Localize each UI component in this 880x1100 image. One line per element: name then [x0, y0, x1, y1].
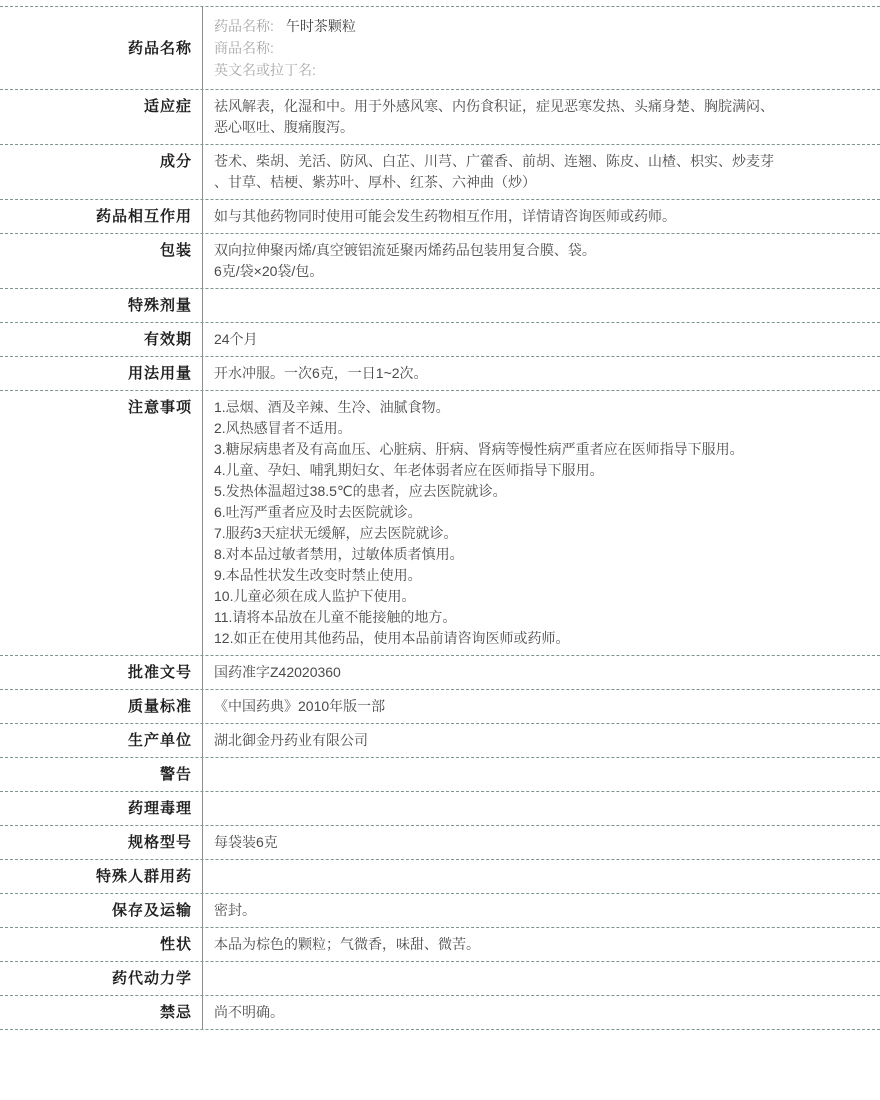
content-line: 苍术、柴胡、羌活、防风、白芷、川芎、广藿香、前胡、连翘、陈皮、山楂、枳实、炒麦芽: [214, 151, 866, 172]
content-line: 12.如正在使用其他药品，使用本品前请咨询医师或药师。: [214, 628, 866, 649]
content-line: 密封。: [214, 900, 866, 921]
content-line: 6.吐泻严重者应及时去医院就诊。: [214, 502, 866, 523]
content-line: 8.对本品过敏者禁用，过敏体质者慎用。: [214, 544, 866, 565]
table-row: 用法用量开水冲服。一次6克，一日1~2次。: [0, 357, 880, 391]
content-line: 开水冲服。一次6克，一日1~2次。: [214, 363, 866, 384]
row-content: [203, 860, 880, 893]
field-key: 英文名或拉丁名:: [214, 62, 316, 78]
content-line: 4.儿童、孕妇、哺乳期妇女、年老体弱者应在医师指导下服用。: [214, 460, 866, 481]
table-row: 注意事项1.忌烟、酒及辛辣、生冷、油腻食物。2.风热感冒者不适用。3.糖尿病患者…: [0, 391, 880, 656]
row-label: 药品相互作用: [0, 200, 203, 233]
row-label: 药理毒理: [0, 792, 203, 825]
row-label: 特殊剂量: [0, 289, 203, 322]
row-content: 双向拉伸聚丙烯/真空镀铝流延聚丙烯药品包装用复合膜、袋。6克/袋×20袋/包。: [203, 234, 880, 288]
table-row: 特殊人群用药: [0, 860, 880, 894]
field-key: 商品名称:: [214, 40, 274, 56]
table-row: 批准文号国药准字Z42020360: [0, 656, 880, 690]
row-label: 规格型号: [0, 826, 203, 859]
row-content: 密封。: [203, 894, 880, 927]
table-row: 药品相互作用如与其他药物同时使用可能会发生药物相互作用，详情请咨询医师或药师。: [0, 200, 880, 234]
field-value: 午时茶颗粒: [286, 18, 356, 34]
content-line: 9.本品性状发生改变时禁止使用。: [214, 565, 866, 586]
content-line: 7.服药3天症状无缓解，应去医院就诊。: [214, 523, 866, 544]
content-line: 《中国药典》2010年版一部: [214, 696, 866, 717]
row-label: 适应症: [0, 90, 203, 144]
row-label: 生产单位: [0, 724, 203, 757]
row-content: 药品名称:午时茶颗粒商品名称:英文名或拉丁名:: [203, 7, 880, 89]
name-field-line: 英文名或拉丁名:: [214, 59, 866, 81]
table-row: 药理毒理: [0, 792, 880, 826]
table-row: 药品名称药品名称:午时茶颗粒商品名称:英文名或拉丁名:: [0, 7, 880, 90]
row-label: 性状: [0, 928, 203, 961]
content-line: 10.儿童必须在成人监护下使用。: [214, 586, 866, 607]
table-row: 适应症祛风解表，化湿和中。用于外感风寒、内伤食积证，症见恶寒发热、头痛身楚、胸脘…: [0, 90, 880, 145]
row-content: 国药准字Z42020360: [203, 656, 880, 689]
row-content: 祛风解表，化湿和中。用于外感风寒、内伤食积证，症见恶寒发热、头痛身楚、胸脘满闷、…: [203, 90, 880, 144]
row-content: 本品为棕色的颗粒；气微香，味甜、微苦。: [203, 928, 880, 961]
table-row: 警告: [0, 758, 880, 792]
content-line: 5.发热体温超过38.5℃的患者，应去医院就诊。: [214, 481, 866, 502]
table-row: 特殊剂量: [0, 289, 880, 323]
table-row: 成分苍术、柴胡、羌活、防风、白芷、川芎、广藿香、前胡、连翘、陈皮、山楂、枳实、炒…: [0, 145, 880, 200]
row-label: 药品名称: [0, 7, 203, 89]
field-key: 药品名称:: [214, 18, 274, 34]
table-row: 有效期24个月: [0, 323, 880, 357]
content-line: 本品为棕色的颗粒；气微香，味甜、微苦。: [214, 934, 866, 955]
content-line: 每袋装6克: [214, 832, 866, 853]
row-label: 注意事项: [0, 391, 203, 655]
content-line: 1.忌烟、酒及辛辣、生冷、油腻食物。: [214, 397, 866, 418]
table-row: 性状本品为棕色的颗粒；气微香，味甜、微苦。: [0, 928, 880, 962]
content-line: 如与其他药物同时使用可能会发生药物相互作用，详情请咨询医师或药师。: [214, 206, 866, 227]
row-label: 有效期: [0, 323, 203, 356]
content-line: 祛风解表，化湿和中。用于外感风寒、内伤食积证，症见恶寒发热、头痛身楚、胸脘满闷、: [214, 96, 866, 117]
table-row: 生产单位湖北御金丹药业有限公司: [0, 724, 880, 758]
row-label: 成分: [0, 145, 203, 199]
row-content: 尚不明确。: [203, 996, 880, 1029]
row-content: 《中国药典》2010年版一部: [203, 690, 880, 723]
content-line: 国药准字Z42020360: [214, 662, 866, 683]
table-row: 保存及运输密封。: [0, 894, 880, 928]
row-label: 警告: [0, 758, 203, 791]
name-field-line: 药品名称:午时茶颗粒: [214, 15, 866, 37]
row-content: 苍术、柴胡、羌活、防风、白芷、川芎、广藿香、前胡、连翘、陈皮、山楂、枳实、炒麦芽…: [203, 145, 880, 199]
content-line: 、甘草、桔梗、紫苏叶、厚朴、红茶、六神曲（炒）: [214, 172, 866, 193]
content-line: 24个月: [214, 329, 866, 350]
table-row: 包装双向拉伸聚丙烯/真空镀铝流延聚丙烯药品包装用复合膜、袋。6克/袋×20袋/包…: [0, 234, 880, 289]
row-content: 24个月: [203, 323, 880, 356]
row-label: 特殊人群用药: [0, 860, 203, 893]
table-row: 质量标准《中国药典》2010年版一部: [0, 690, 880, 724]
row-content: 湖北御金丹药业有限公司: [203, 724, 880, 757]
content-line: 11.请将本品放在儿童不能接触的地方。: [214, 607, 866, 628]
drug-info-table: 药品名称药品名称:午时茶颗粒商品名称:英文名或拉丁名:适应症祛风解表，化湿和中。…: [0, 6, 880, 1030]
row-content: [203, 289, 880, 322]
content-line: 尚不明确。: [214, 1002, 866, 1023]
row-label: 批准文号: [0, 656, 203, 689]
row-label: 用法用量: [0, 357, 203, 390]
content-line: 2.风热感冒者不适用。: [214, 418, 866, 439]
row-label: 质量标准: [0, 690, 203, 723]
row-content: [203, 962, 880, 995]
row-label: 药代动力学: [0, 962, 203, 995]
row-label: 包装: [0, 234, 203, 288]
content-line: 3.糖尿病患者及有高血压、心脏病、肝病、肾病等慢性病严重者应在医师指导下服用。: [214, 439, 866, 460]
row-content: [203, 758, 880, 791]
row-content: [203, 792, 880, 825]
name-field-line: 商品名称:: [214, 37, 866, 59]
content-line: 湖北御金丹药业有限公司: [214, 730, 866, 751]
table-row: 禁忌尚不明确。: [0, 996, 880, 1030]
drug-info-page: 药品名称药品名称:午时茶颗粒商品名称:英文名或拉丁名:适应症祛风解表，化湿和中。…: [0, 0, 880, 1100]
content-line: 恶心呕吐、腹痛腹泻。: [214, 117, 866, 138]
row-content: 每袋装6克: [203, 826, 880, 859]
table-row: 药代动力学: [0, 962, 880, 996]
content-line: 双向拉伸聚丙烯/真空镀铝流延聚丙烯药品包装用复合膜、袋。: [214, 240, 866, 261]
row-label: 禁忌: [0, 996, 203, 1029]
row-content: 开水冲服。一次6克，一日1~2次。: [203, 357, 880, 390]
row-content: 1.忌烟、酒及辛辣、生冷、油腻食物。2.风热感冒者不适用。3.糖尿病患者及有高血…: [203, 391, 880, 655]
table-row: 规格型号每袋装6克: [0, 826, 880, 860]
row-label: 保存及运输: [0, 894, 203, 927]
row-content: 如与其他药物同时使用可能会发生药物相互作用，详情请咨询医师或药师。: [203, 200, 880, 233]
content-line: 6克/袋×20袋/包。: [214, 261, 866, 282]
